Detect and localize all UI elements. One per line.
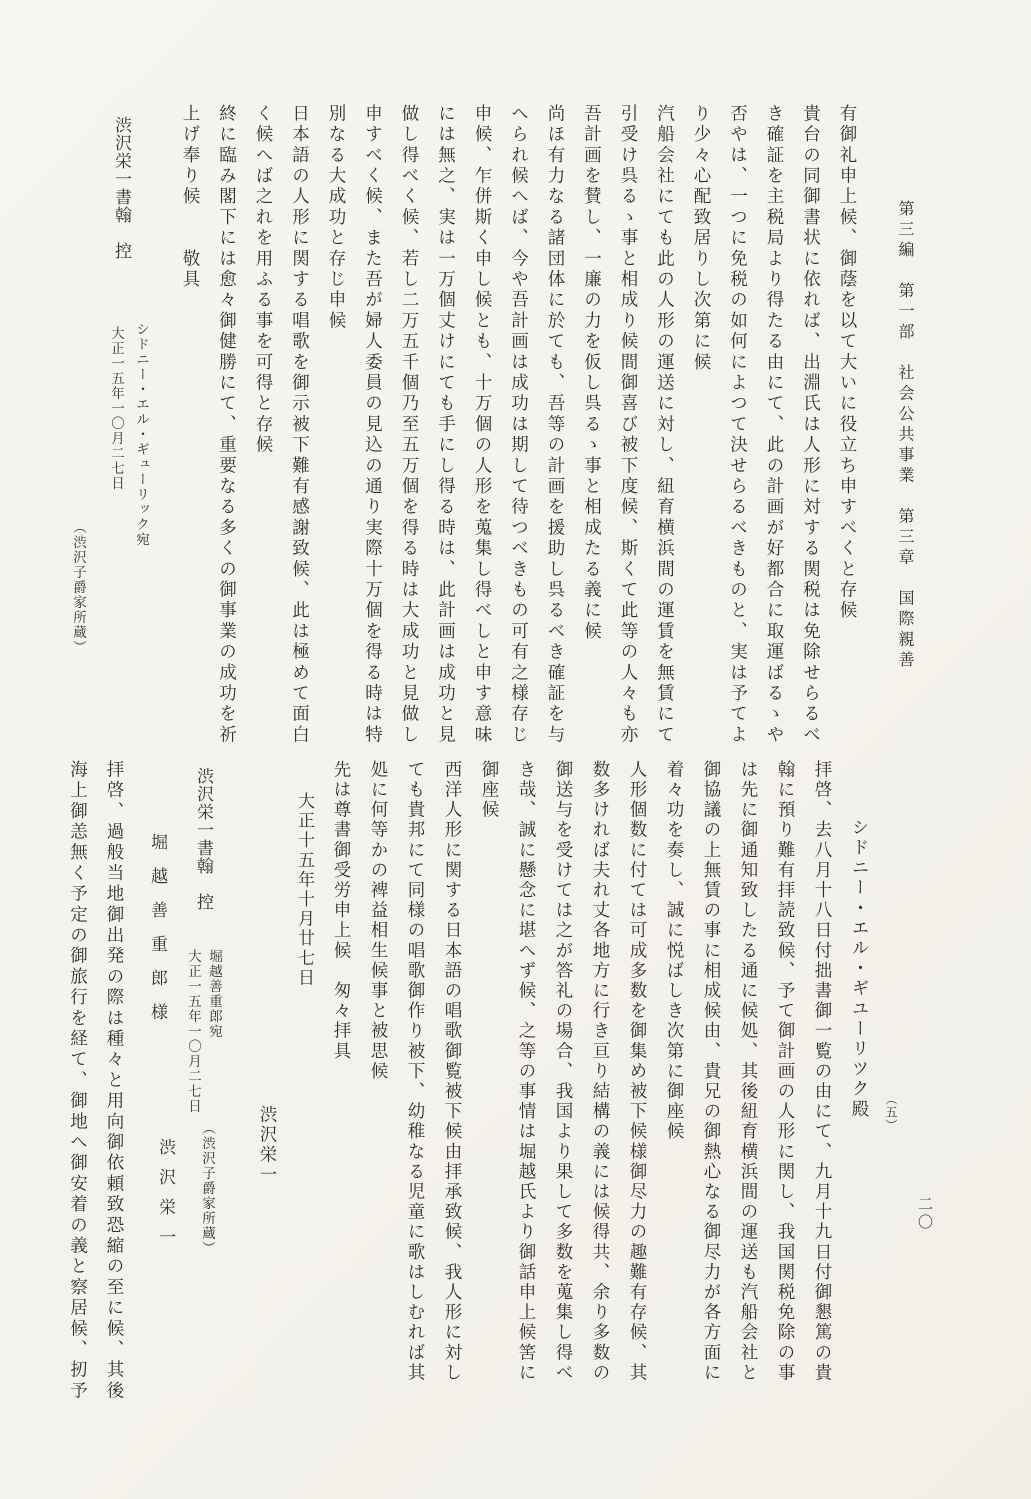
text-line: 処に何等かの裨益相生候事と被思候: [360, 760, 397, 1410]
text-line: 御送与を受けては之が答礼の場合、我国より果して多数を蒐集し得べ: [545, 760, 582, 1410]
letter1-attribution-collection: （渋沢子爵家所蔵）: [66, 520, 90, 655]
text-line: 日本語の人形に関する唱歌を御示被下難有感謝致候、此は極めて面白: [282, 104, 319, 766]
text-line: 申すべく候、また吾が婦人委員の見込の通り実際十万個を得る時は特: [355, 104, 392, 766]
text-line: は先に御通知致したる通に候処、其後紐育横浜間の運送も汽船会社と: [730, 760, 767, 1410]
scanned-page: 第三編 第一部 社会公共事業 第三章 国際親善 二〇 有御礼申上候、御蔭を以て大…: [0, 0, 1031, 1499]
text-line: 終に臨み閣下には愈々御健勝にて、重要なる多くの御事業の成功を祈: [209, 104, 246, 766]
text-line: 人形個数に付ては可成多数を御集め被下候様御尽力の趣難有存候、其: [619, 760, 656, 1410]
letter3-body: 拝啓、過般当地御出発の際は種々と用向御依頼致恐縮の至に候、其後海上御恙無く予定の…: [60, 760, 133, 1422]
text-line: には無之、実は一万個丈けにても手にし得る時は、此計画は成功と見: [428, 104, 465, 766]
text-line: 拝啓、去八月十八日付拙書御一覧の由にて、九月十九日付御懇篤の貴: [804, 760, 841, 1410]
text-line: 拝啓、過般当地御出発の際は種々と用向御依頼致恐縮の至に候、其後: [97, 760, 134, 1422]
text-line: く候へば之れを用ふる事を可得と存候: [246, 104, 283, 766]
text-line: き確証を主税局より得たる由にて、此の計画が好都合に取運ばるゝや: [757, 104, 794, 766]
text-line: 着々功を奏し、誠に悦ばしき次第に御座候: [656, 760, 693, 1410]
letter3-recipient: 堀越善重郎様: [142, 833, 172, 1037]
text-line: へられ候へば、今や吾計画は成功は期して待つべきもの可有之様存じ: [501, 104, 538, 766]
text-line: 尚ほ有力なる諸団体に於ても、吾等の計画を援助し呉るべき確証を与: [538, 104, 575, 766]
text-line: 否やは、一つに免税の如何によつて決せらるべきものと、実は予てよ: [720, 104, 757, 766]
text-line: 有御礼申上候、御蔭を以て大いに役立ち申すべくと存候: [830, 104, 867, 766]
letter1-attribution-source: 渋沢栄一書翰 控: [106, 116, 136, 260]
text-line: 御協議の上無賃の事に相成候由、貴兄の御熱心なる御尽力が各方面に: [693, 760, 730, 1410]
text-line: 翰に預り難有拝読致候、予て御計画の人形に関し、我国関税免除の事: [767, 760, 804, 1410]
text-line: 別なる大成功と存じ申候: [319, 104, 356, 766]
letter1-attribution-date: 大正一五年一〇月二七日: [104, 326, 128, 491]
text-line: ても貴邦にて同様の唱歌御作り被下、幼稚なる児童に歌はしむれば其: [397, 760, 434, 1410]
text-line: 数多ければ夫れ丈各地方に行き亘り結構の義には候得共、余り多数の: [582, 760, 619, 1410]
letter2-attribution-collection: （渋沢子爵家所蔵）: [195, 1121, 219, 1256]
text-line: 申候、乍併斯く申し候とも、十万個の人形を蒐集し得べしと申す意味: [465, 104, 502, 766]
text-line: 御座候: [471, 760, 508, 1410]
letter1-attribution-addressee: シドニー・エル・ギューリック宛: [129, 322, 153, 547]
letter2-block: シドニー・エル・ギユーリツク殿 拝啓、去八月十八日付拙書御一覧の由にて、九月十九…: [249, 760, 878, 1410]
letter2-attribution-date: 大正一五年一〇月二七日: [181, 949, 205, 1114]
text-line: 做し得べく候、若し二万五千個乃至五万個を得る時は大成功と見做し: [392, 104, 429, 766]
text-line: き哉、誠に懸念に堪へず候、之等の事情は堀越氏より御話申上候筈に: [508, 760, 545, 1410]
letter2-attribution-addressee: 堀越善重郎宛: [202, 949, 226, 1039]
text-line: り少々心配致居りし次第に候: [684, 104, 721, 766]
letter2-signature: 渋沢栄一: [249, 760, 286, 1410]
chapter-header: 第三編 第一部 社会公共事業 第三章 国際親善: [893, 200, 916, 672]
text-line: 上げ奉り候 敬具: [173, 104, 210, 766]
text-line: 引受け呉るゝ事と相成り候間御喜び被下度候、斯くて此等の人々も亦: [611, 104, 648, 766]
letter2-date: 大正十五年十月廿七日: [286, 760, 323, 1410]
letter2-section-number: （五）: [883, 1093, 900, 1132]
text-line: 汽船会社にても此の人形の運送に対し、紐育横浜間の運賃を無賃にて: [647, 104, 684, 766]
letter1-body: 有御礼申上候、御蔭を以て大いに役立ち申すべくと存候貴台の同御書状に依れば、出淵氏…: [173, 104, 867, 766]
text-line: 西洋人形に関する日本語の唱歌御覧被下候由拝承致候、我人形に対し: [434, 760, 471, 1410]
letter2-recipient: シドニー・エル・ギユーリツク殿: [841, 760, 878, 1410]
letter3-sender: 渋沢栄一: [150, 1138, 180, 1258]
letter2-attribution-source: 渋沢栄一書翰 控: [188, 767, 218, 911]
text-line: 先は尊書御受労申上候 匆々拝具: [323, 760, 360, 1410]
text-line: 貴台の同御書状に依れば、出淵氏は人形に対する関税は免除せらるべ: [793, 104, 830, 766]
text-line: 海上御恙無く予定の御旅行を経て、御地へ御安着の義と察居候、扨予: [60, 760, 97, 1422]
text-line: 吾計画を賛し、一廉の力を仮し呉るゝ事と相成たる義に候: [574, 104, 611, 766]
page-number: 二〇: [914, 1196, 935, 1232]
